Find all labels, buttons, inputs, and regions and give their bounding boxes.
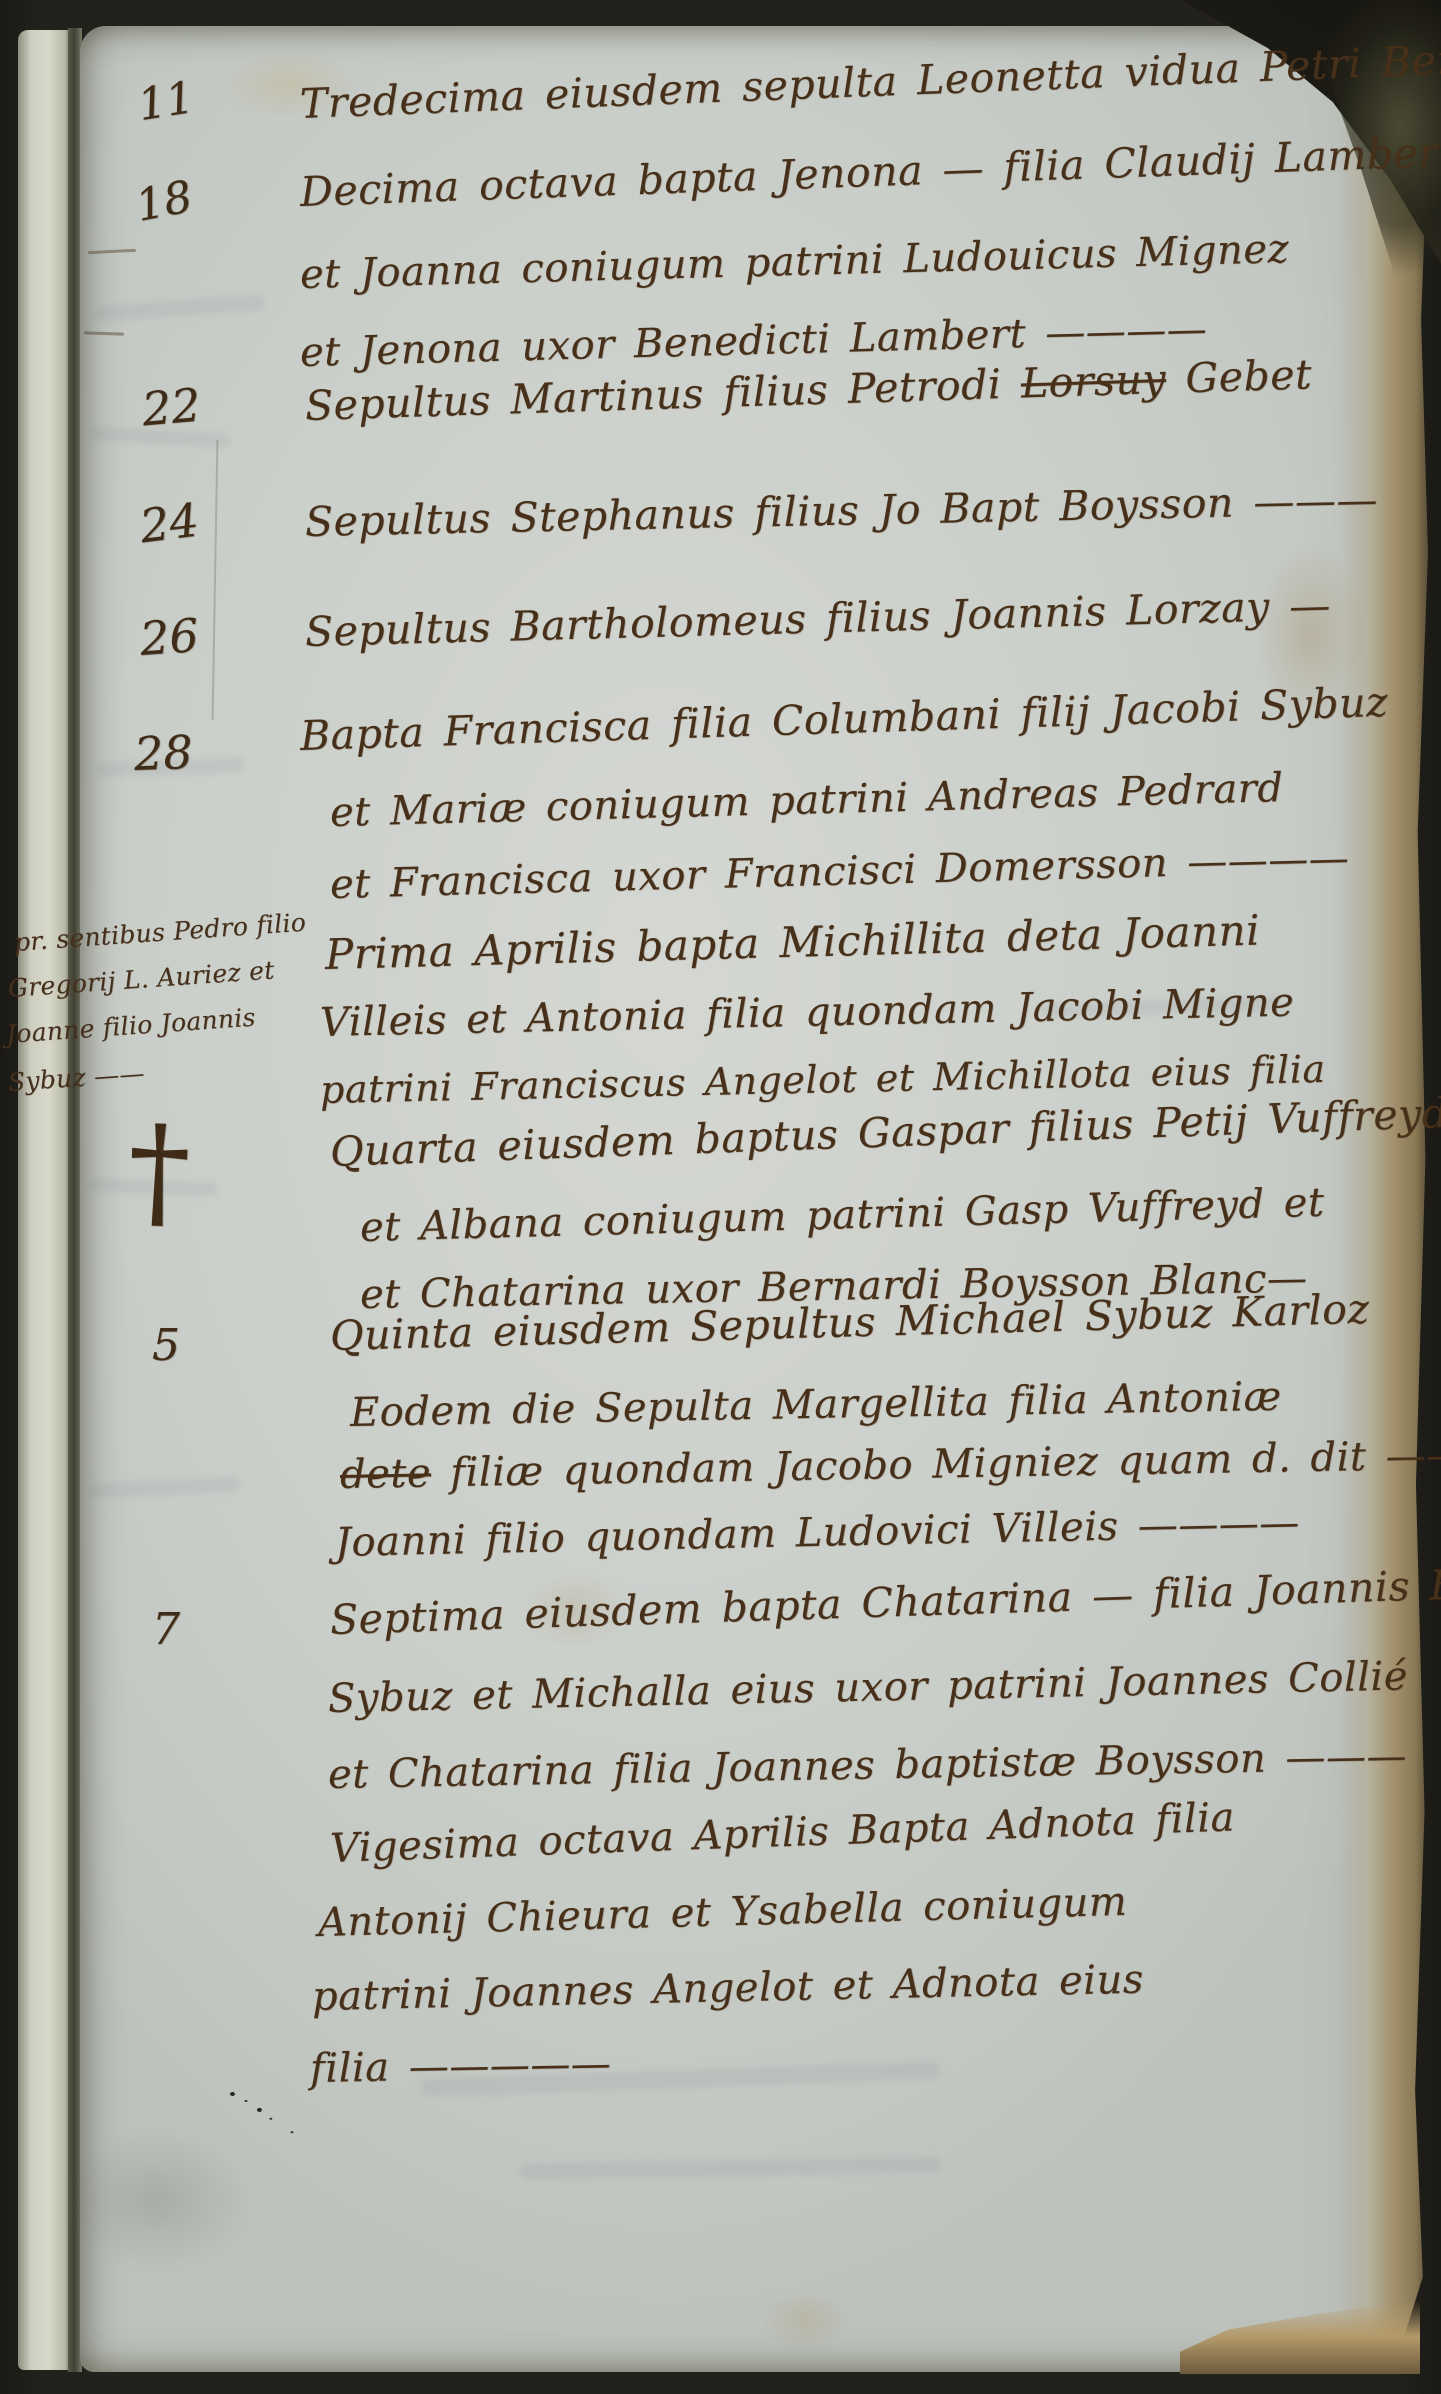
struck-text: dete [340, 1450, 432, 1498]
paper-stain [60, 2130, 250, 2270]
entry-margin-number: 5 [152, 1320, 180, 1371]
entry-text: Gebet [1165, 350, 1312, 403]
entry-margin-number: 18 [132, 171, 197, 232]
paper-stain [760, 2290, 850, 2350]
entry-margin-number: 7 [152, 1604, 180, 1655]
entry-margin-number: 28 [133, 725, 193, 781]
cross-icon: † [126, 1099, 193, 1245]
entry-margin-number: 26 [138, 608, 200, 666]
book-photograph: 11 Tredecima eiusdem sepulta Leonetta vi… [0, 0, 1441, 2394]
entry-margin-number: 11 [134, 72, 197, 131]
previous-page-edge [18, 30, 70, 2370]
entry-margin-number: 24 [137, 493, 202, 554]
entry-line: filia ————— [310, 2041, 612, 2092]
page-deckle-edge [1342, 40, 1428, 2370]
struck-text: Lorsuy [1020, 355, 1167, 408]
entry-margin-number: 22 [140, 378, 203, 437]
